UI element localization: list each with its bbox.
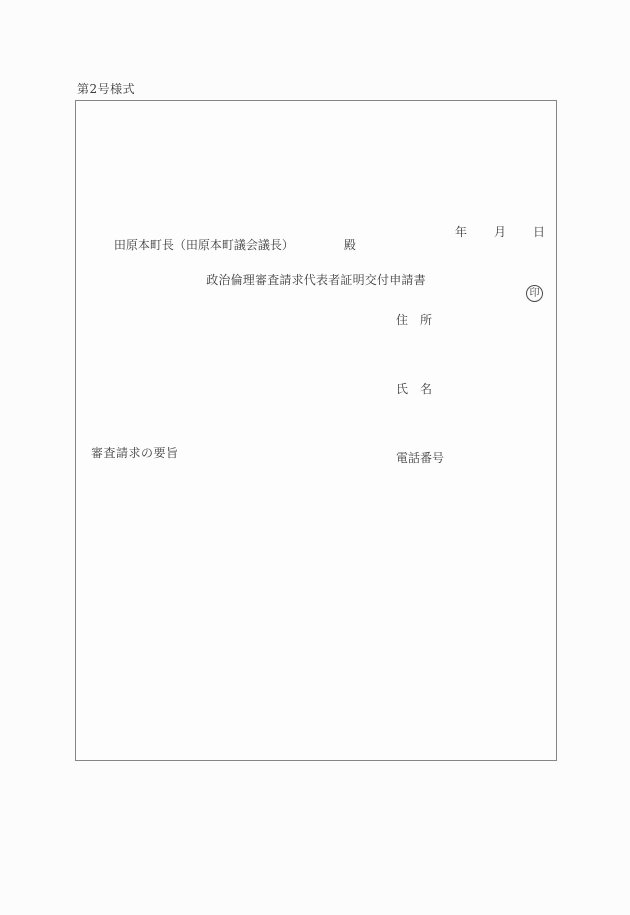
seal-mark-character: 印 — [530, 289, 540, 299]
document-page: 第2号様式 年 月 日 政治倫理審査請求代表者証明交付申請書 田原本町長（田原本… — [0, 0, 630, 915]
form-border-box: 年 月 日 政治倫理審査請求代表者証明交付申請書 田原本町長（田原本町議会議長）… — [75, 100, 557, 761]
review-request-section-heading: 審査請求の要旨 — [91, 445, 179, 462]
addressee-name: 田原本町長（田原本町議会議長） — [114, 238, 294, 252]
phone-field-label: 電話番号 — [396, 447, 444, 470]
form-number-label: 第2号様式 — [77, 81, 135, 97]
name-field-label: 氏 名 — [396, 378, 444, 401]
seal-icon: 印 — [526, 285, 543, 302]
address-field-label: 住 所 — [396, 309, 444, 332]
addressee-honorific: 殿 — [344, 238, 356, 252]
addressee-line: 田原本町長（田原本町議会議長）殿 — [91, 218, 356, 272]
document-title: 政治倫理審査請求代表者証明交付申請書 — [76, 271, 556, 289]
contact-fields-block: 住 所 氏 名 電話番号 — [396, 263, 444, 516]
date-line: 年 月 日 — [455, 223, 546, 241]
